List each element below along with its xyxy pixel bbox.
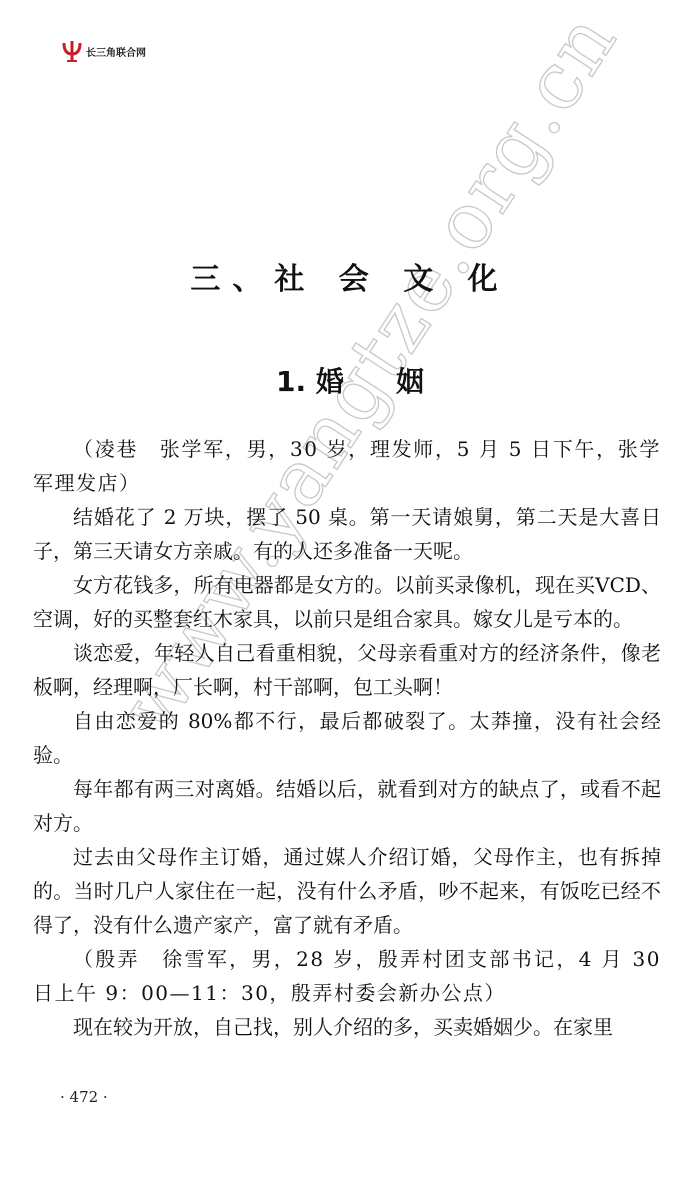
site-logo: 长三角联合网 bbox=[62, 40, 146, 62]
paragraph: 过去由父母作主订婚，通过媒人介绍订婚，父母作主，也有拆掉的。当时几户人家住在一起… bbox=[33, 840, 661, 942]
paragraph: 女方花钱多，所有电器都是女方的。以前买录像机，现在买VCD、空调，好的买整套红木… bbox=[33, 568, 661, 636]
body-text: （凌巷 张学军，男，30 岁，理发师，5 月 5 日下午，张学军理发店） 结婚花… bbox=[33, 432, 661, 1044]
chapter-title: 三、社 会 文 化 bbox=[0, 254, 700, 298]
section-title: 1. 婚姻 bbox=[0, 360, 700, 400]
paragraph: 现在较为开放，自己找，别人介绍的多，买卖婚姻少。在家里 bbox=[33, 1010, 661, 1044]
page-number: · 472 · bbox=[60, 1088, 108, 1106]
paragraph: 结婚花了 2 万块，摆了 50 桌。第一天请娘舅，第二天是大喜日子，第三天请女方… bbox=[33, 500, 661, 568]
section-word-1: 婚 bbox=[316, 365, 344, 398]
section-word-2: 姻 bbox=[396, 365, 424, 398]
section-number: 1. bbox=[276, 365, 306, 398]
paragraph: 每年都有两三对离婚。结婚以后，就看到对方的缺点了，或看不起对方。 bbox=[33, 772, 661, 840]
paragraph: 谈恋爱，年轻人自己看重相貌，父母亲看重对方的经济条件，像老板啊，经理啊，厂长啊，… bbox=[33, 636, 661, 704]
logo-text: 长三角联合网 bbox=[86, 44, 146, 59]
interview-meta: （凌巷 张学军，男，30 岁，理发师，5 月 5 日下午，张学军理发店） bbox=[33, 432, 661, 500]
interview-meta: （殷弄 徐雪军，男，28 岁，殷弄村团支部书记，4 月 30 日上午 9：00—… bbox=[33, 942, 661, 1010]
paragraph: 自由恋爱的 80%都不行，最后都破裂了。太莽撞，没有社会经验。 bbox=[33, 704, 661, 772]
psi-logo-icon bbox=[62, 40, 82, 62]
